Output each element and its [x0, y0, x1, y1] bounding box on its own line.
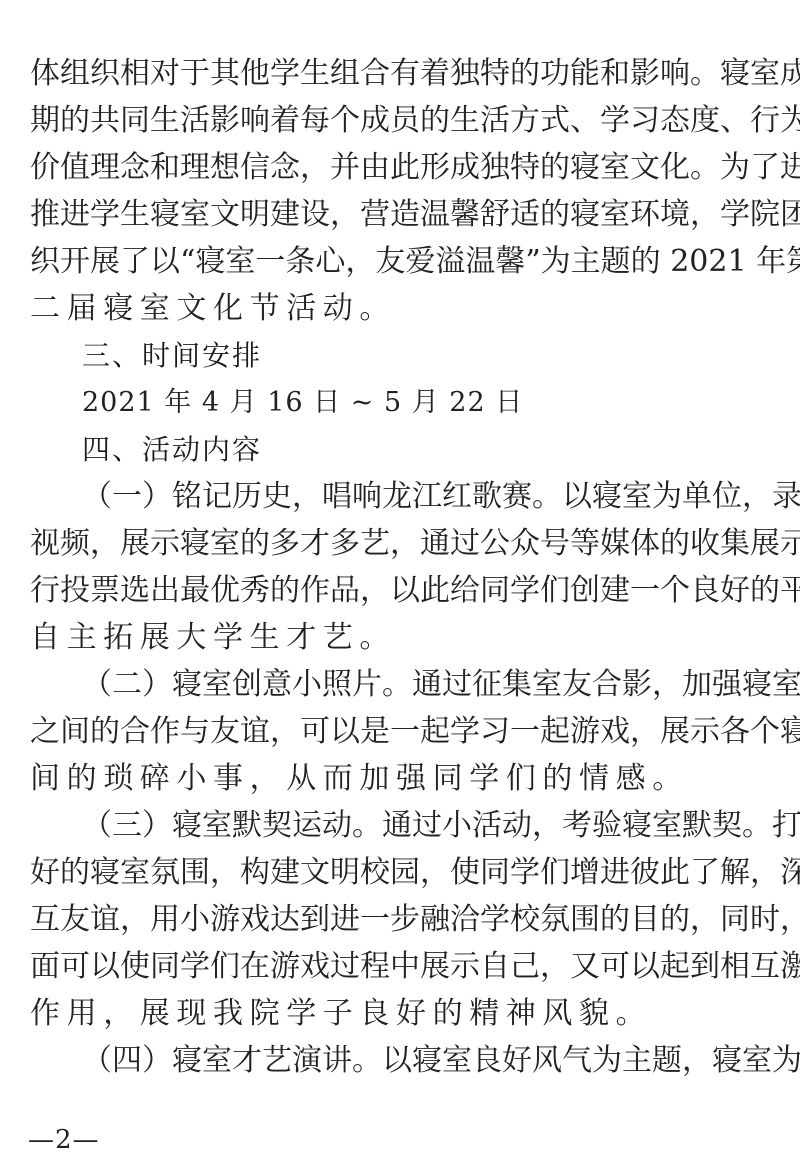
text-line: 自主拓展大学生才艺。 — [30, 614, 772, 661]
page-number: —2— — [28, 1125, 100, 1155]
activity-item-2: （二）寝室创意小照片。通过征集室友合影，加强寝室同学 之间的合作与友谊，可以是一… — [30, 661, 772, 802]
text-line: 视频，展示寝室的多才多艺，通过公众号等媒体的收集展示，进 — [30, 520, 772, 567]
schedule-date-range: 2021 年 4 月 16 日 ~ 5 月 22 日 — [30, 379, 772, 426]
activity-item-3: （三）寝室默契运动。通过小活动，考验寝室默契。打造良 好的寝室氛围，构建文明校园… — [30, 802, 772, 1037]
text-line: 行投票选出最优秀的作品，以此给同学们创建一个良好的平台去 — [30, 567, 772, 614]
text-line: （三）寝室默契运动。通过小活动，考验寝室默契。打造良 — [30, 802, 772, 849]
document-page: 体组织相对于其他学生组合有着独特的功能和影响。寝室成员长 期的共同生活影响着每个… — [30, 50, 772, 1084]
section-heading-schedule: 三、时间安排 — [30, 332, 772, 379]
text-line: 期的共同生活影响着每个成员的生活方式、学习态度、行为规范、 — [30, 97, 772, 144]
intro-paragraph: 体组织相对于其他学生组合有着独特的功能和影响。寝室成员长 期的共同生活影响着每个… — [30, 50, 772, 332]
text-line: 好的寝室氛围，构建文明校园，使同学们增进彼此了解，深化相 — [30, 849, 772, 896]
text-line: 二届寝室文化节活动。 — [30, 285, 772, 332]
text-line: （一）铭记历史，唱响龙江红歌赛。以寝室为单位，录制小 — [30, 473, 772, 520]
text-line: 价值理念和理想信念，并由此形成独特的寝室文化。为了进一步 — [30, 144, 772, 191]
text-line: 间的琐碎小事，从而加强同学们的情感。 — [30, 755, 772, 802]
text-line: 推进学生寝室文明建设，营造温馨舒适的寝室环境，学院团委组 — [30, 191, 772, 238]
section-heading-activities: 四、活动内容 — [30, 426, 772, 473]
text-line: 织开展了以“寝室一条心，友爱溢温馨”为主题的 2021 年第十 — [30, 238, 772, 285]
text-line: 作用，展现我院学子良好的精神风貌。 — [30, 990, 772, 1037]
text-line: 体组织相对于其他学生组合有着独特的功能和影响。寝室成员长 — [30, 50, 772, 97]
text-line: （二）寝室创意小照片。通过征集室友合影，加强寝室同学 — [30, 661, 772, 708]
activity-item-4: （四）寝室才艺演讲。以寝室良好风气为主题，寝室为单位， — [30, 1037, 772, 1084]
text-line: （四）寝室才艺演讲。以寝室良好风气为主题，寝室为单位， — [30, 1037, 772, 1084]
activity-item-1: （一）铭记历史，唱响龙江红歌赛。以寝室为单位，录制小 视频，展示寝室的多才多艺，… — [30, 473, 772, 661]
text-line: 之间的合作与友谊，可以是一起学习一起游戏，展示各个寝室之 — [30, 708, 772, 755]
text-line: 互友谊，用小游戏达到进一步融洽学校氛围的目的，同时，一方 — [30, 896, 772, 943]
text-line: 面可以使同学们在游戏过程中展示自己，又可以起到相互激励的 — [30, 943, 772, 990]
